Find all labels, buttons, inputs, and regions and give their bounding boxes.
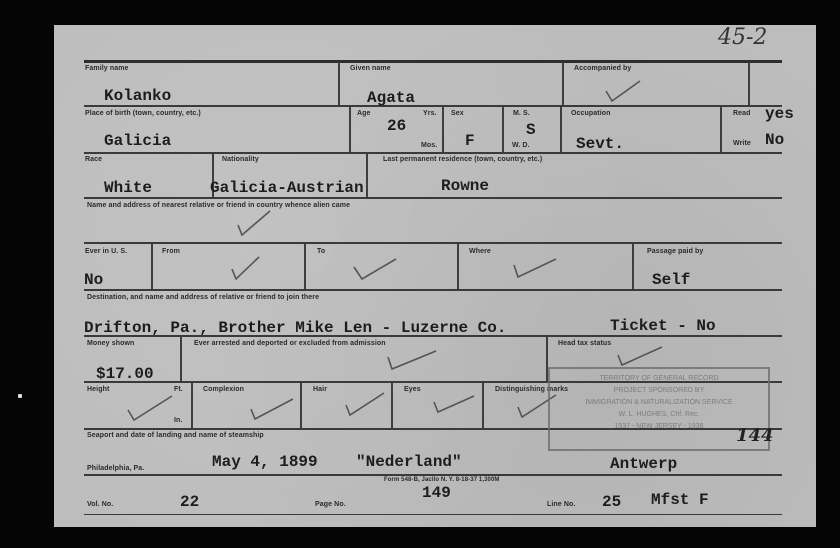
ticket-value: Ticket - No (610, 317, 716, 335)
passage-paid-by-label: Passage paid by (647, 248, 703, 255)
read-value: yes (765, 105, 794, 123)
destination-value: Drifton, Pa., Brother Mike Len - Luzerne… (84, 319, 506, 337)
last-residence-value: Rowne (441, 177, 489, 195)
family-name-value: Kolanko (104, 87, 171, 105)
stamp-line: PROJECT SPONSORED BY (550, 385, 768, 397)
stamp-line: W. L. HUGHES, Chf. Rec. (550, 409, 768, 421)
sex-value: F (465, 132, 475, 150)
col-divider (560, 107, 562, 152)
line-label: Line No. (547, 501, 575, 508)
col-divider (191, 383, 193, 428)
stamp-line: IMMIGRATION & NATURALIZATION SERVICE (550, 397, 768, 409)
given-name-label: Given name (350, 65, 391, 72)
col-divider (632, 244, 634, 289)
seaport-label: Seaport and date of landing and name of … (87, 432, 264, 439)
col-divider (482, 383, 484, 428)
write-label: Write (733, 140, 751, 147)
origin-port: Antwerp (610, 455, 677, 473)
place-of-birth-label: Place of birth (town, country, etc.) (85, 110, 201, 117)
vol-label: Vol. No. (87, 501, 113, 508)
rule (84, 474, 782, 476)
ever-in-us-label: Ever in U. S. (85, 248, 127, 255)
rule (84, 242, 782, 244)
eyes-label: Eyes (404, 386, 421, 393)
passage-paid-by-value: Self (652, 271, 690, 289)
nationality-label: Nationality (222, 156, 259, 163)
occupation-label: Occupation (571, 110, 611, 117)
race-label: Race (85, 156, 102, 163)
age-value: 26 (387, 117, 406, 135)
col-divider (366, 154, 368, 197)
col-divider (349, 107, 351, 152)
col-divider (562, 62, 564, 105)
stamp-line: TERRITORY OF GENERAL RECORD (550, 373, 768, 385)
read-label: Read (733, 110, 751, 117)
occupation-value: Sevt. (576, 135, 624, 153)
checkmark-icon (247, 393, 302, 423)
checkmark-icon (229, 253, 269, 285)
steamship-name: "Nederland" (356, 453, 462, 471)
col-divider (720, 107, 722, 152)
money-shown-value: $17.00 (96, 365, 154, 383)
sex-label: Sex (451, 110, 464, 117)
seaport-port: Philadelphia, Pa. (87, 465, 144, 472)
checkmark-icon (234, 207, 284, 239)
page-label: Page No. (315, 501, 346, 508)
given-name-value: Agata (367, 89, 415, 107)
col-divider (457, 244, 459, 289)
age-months-label: Mos. (421, 142, 437, 149)
complexion-label: Complexion (203, 386, 244, 393)
marital-status-label: M. S. (513, 110, 530, 117)
checkmark-icon (430, 390, 480, 418)
marital-status-sublabel: W. D. (512, 142, 530, 149)
line-value: 25 (602, 493, 621, 511)
col-divider (502, 107, 504, 152)
nearest-relative-label: Name and address of nearest relative or … (87, 202, 350, 209)
col-divider (151, 244, 153, 289)
last-residence-label: Last permanent residence (town, country,… (383, 156, 542, 163)
col-divider (180, 337, 182, 381)
stamp-handwritten-number: 144 (736, 425, 774, 446)
form-note: Form 548-B, Jacllo N. Y. 8-18-37 1,300M (384, 477, 500, 483)
rule (84, 105, 782, 107)
checkmark-icon (350, 253, 405, 285)
family-name-label: Family name (85, 65, 129, 72)
head-tax-status-label: Head tax status (558, 340, 611, 347)
checkmark-icon (510, 253, 565, 285)
accompanied-by-label: Accompanied by (574, 65, 631, 72)
rule-top (84, 60, 782, 63)
col-divider (442, 107, 444, 152)
destination-label: Destination, and name and address of rel… (87, 294, 319, 301)
col-divider (338, 62, 340, 105)
rule (84, 197, 782, 199)
vol-underline (122, 514, 312, 515)
manifest-value: Mfst F (651, 491, 709, 509)
age-years-label: Yrs. (423, 110, 437, 117)
where-label: Where (469, 248, 491, 255)
checkmark-icon (342, 387, 392, 421)
ever-in-us-value: No (84, 271, 103, 289)
rule (84, 152, 782, 154)
corner-handwritten-note: 45-2 (718, 25, 767, 50)
rule (84, 289, 782, 291)
hair-label: Hair (313, 386, 327, 393)
nationality-value: Galicia-Austrian (210, 179, 364, 197)
race-value: White (104, 179, 152, 197)
immigration-record-card: 45-2 Family name Kolanko Given name Agat… (54, 25, 816, 527)
col-divider (304, 244, 306, 289)
from-label: From (162, 248, 180, 255)
page-value: 149 (422, 484, 451, 502)
checkmark-icon (124, 390, 179, 426)
marital-status-value: S (526, 121, 536, 139)
place-of-birth-value: Galicia (104, 132, 171, 150)
write-value: No (765, 131, 784, 149)
ever-arrested-label: Ever arrested and deported or excluded f… (194, 340, 386, 347)
height-label: Height (87, 386, 109, 393)
checkmark-icon (602, 75, 652, 105)
film-speck (18, 394, 22, 398)
to-label: To (317, 248, 325, 255)
col-divider (748, 62, 750, 105)
checkmark-icon (384, 345, 444, 375)
vol-value: 22 (180, 493, 199, 511)
landing-date: May 4, 1899 (212, 453, 318, 471)
age-label: Age (357, 110, 371, 117)
money-shown-label: Money shown (87, 340, 134, 347)
